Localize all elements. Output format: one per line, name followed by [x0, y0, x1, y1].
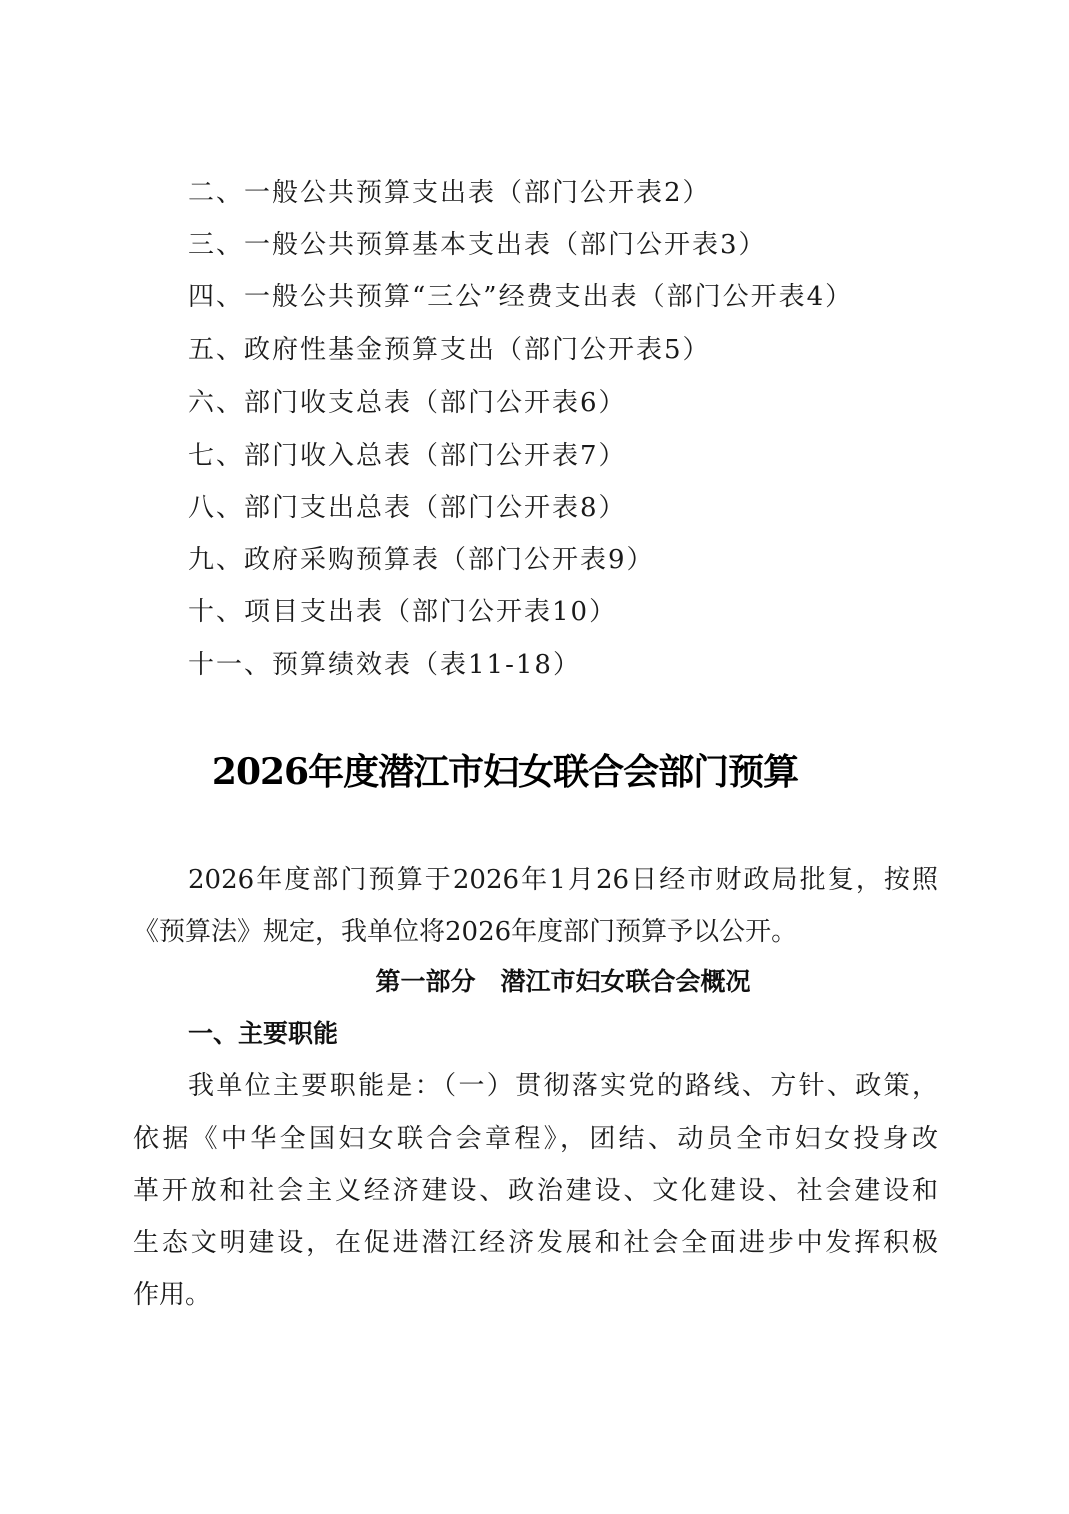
- paragraph-line: 作用。: [133, 1275, 938, 1315]
- paragraph-line: 依据《中华全国妇女联合会章程》，团结、动员全市妇女投身改: [133, 1119, 938, 1159]
- paragraph-line: 我单位主要职能是：（一）贯彻落实党的路线、方针、政策，: [188, 1066, 938, 1106]
- paragraph-line: 革开放和社会主义经济建设、政治建设、文化建设、社会建设和: [133, 1171, 938, 1211]
- toc-item: 十一、预算绩效表（表11-18）: [188, 645, 581, 685]
- document-title: 2026年度潜江市妇女联合会部门预算: [0, 748, 1010, 796]
- paragraph-line: 生态文明建设，在促进潜江经济发展和社会全面进步中发挥积极: [133, 1223, 938, 1263]
- toc-item: 七、部门收入总表（部门公开表7）: [188, 436, 627, 476]
- toc-item: 二、一般公共预算支出表（部门公开表2）: [188, 173, 711, 213]
- toc-item: 三、一般公共预算基本支出表（部门公开表3）: [188, 225, 767, 265]
- toc-item: 四、一般公共预算“三公”经费支出表（部门公开表4）: [188, 277, 853, 317]
- document-page: 二、一般公共预算支出表（部门公开表2） 三、一般公共预算基本支出表（部门公开表3…: [0, 0, 1069, 1514]
- toc-item: 九、政府采购预算表（部门公开表9）: [188, 540, 655, 580]
- section-heading: 一、主要职能: [188, 1014, 338, 1054]
- toc-item: 五、政府性基金预算支出（部门公开表5）: [188, 330, 711, 370]
- toc-item: 十、项目支出表（部门公开表10）: [188, 592, 617, 632]
- part-heading: 第一部分 潜江市妇女联合会概况: [0, 962, 1069, 1002]
- paragraph-line: 《预算法》规定，我单位将2026年度部门预算予以公开。: [133, 912, 938, 952]
- paragraph-line: 2026年度部门预算于2026年1月26日经市财政局批复，按照: [188, 860, 938, 900]
- toc-item: 六、部门收支总表（部门公开表6）: [188, 383, 627, 423]
- toc-item: 八、部门支出总表（部门公开表8）: [188, 488, 627, 528]
